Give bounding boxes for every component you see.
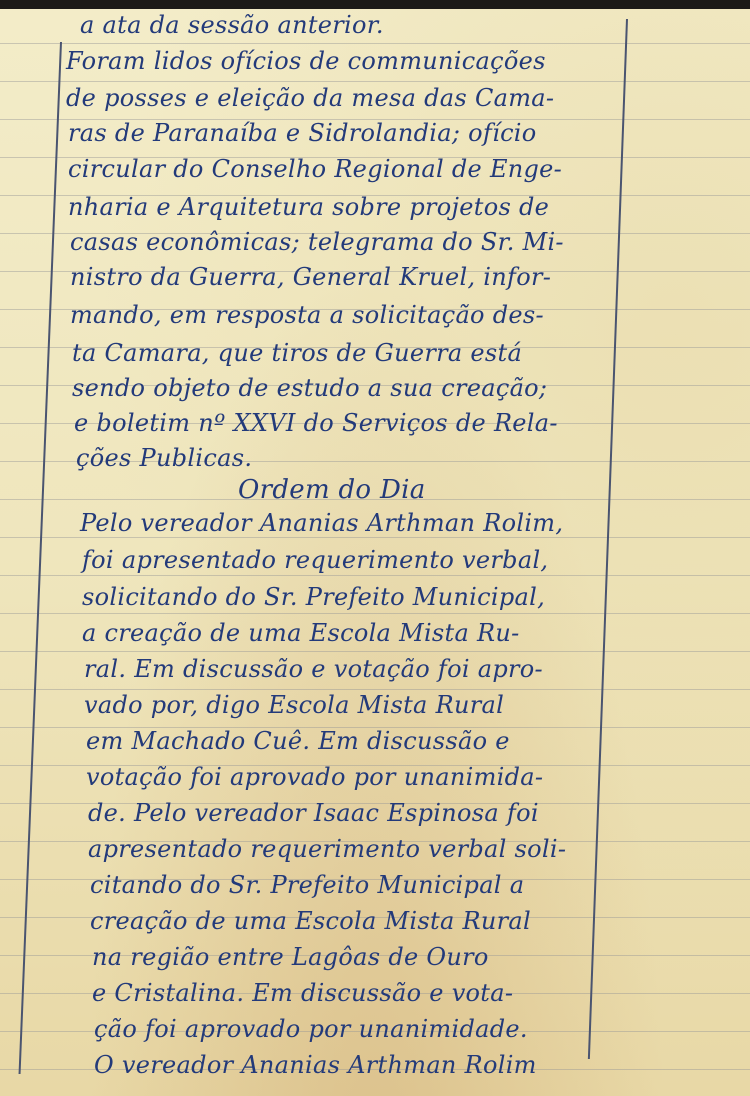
text-line: a creação de uma Escola Mista Ru-	[82, 619, 520, 647]
text-line: Foram lidos ofícios de communicações	[66, 47, 546, 75]
text-line: ção foi aprovado por unanimidade.	[94, 1015, 528, 1043]
text-line: ral. Em discussão e votação foi apro-	[84, 655, 543, 683]
text-line: de. Pelo vereador Isaac Espinosa foi	[88, 799, 539, 827]
text-line: de posses e eleição da mesa das Cama-	[66, 84, 554, 112]
text-line: a ata da sessão anterior.	[80, 11, 384, 39]
text-line: ras de Paranaíba e Sidrolandia; ofício	[68, 119, 537, 147]
text-line: ções Publicas.	[76, 444, 252, 472]
section-heading: Ordem do Dia	[238, 475, 426, 505]
top-dark-bar	[0, 0, 750, 9]
text-line: e Cristalina. Em discussão e vota-	[92, 979, 513, 1007]
text-line: sendo objeto de estudo a sua creação;	[72, 374, 547, 402]
text-line: circular do Conselho Regional de Enge-	[68, 155, 562, 183]
ledger-page: a ata da sessão anterior. Foram lidos of…	[0, 9, 750, 1096]
text-line: O vereador Ananias Arthman Rolim	[94, 1051, 537, 1079]
text-line: citando do Sr. Prefeito Municipal a	[90, 871, 524, 899]
text-line: votação foi aprovado por unanimida-	[86, 763, 543, 791]
text-line: foi apresentado requerimento verbal,	[82, 546, 548, 574]
text-line: ta Camara, que tiros de Guerra está	[72, 339, 522, 367]
text-line: casas econômicas; telegrama do Sr. Mi-	[70, 228, 564, 256]
text-line: nharia e Arquitetura sobre projetos de	[68, 193, 549, 221]
text-line: Pelo vereador Ananias Arthman Rolim,	[80, 509, 563, 537]
text-line: mando, em resposta a solicitação des-	[70, 301, 544, 329]
text-line: creação de uma Escola Mista Rural	[90, 907, 531, 935]
text-line: vado por, digo Escola Mista Rural	[84, 691, 504, 719]
text-line: na região entre Lagôas de Ouro	[92, 943, 489, 971]
text-line: nistro da Guerra, General Kruel, infor-	[70, 263, 551, 291]
text-line: solicitando do Sr. Prefeito Municipal,	[82, 583, 545, 611]
text-line: e boletim nº XXVI do Serviços de Rela-	[74, 409, 558, 437]
text-line: em Machado Cuê. Em discussão e	[86, 727, 510, 755]
text-line: apresentado requerimento verbal soli-	[88, 835, 566, 863]
handwritten-text: a ata da sessão anterior. Foram lidos of…	[0, 9, 750, 1096]
